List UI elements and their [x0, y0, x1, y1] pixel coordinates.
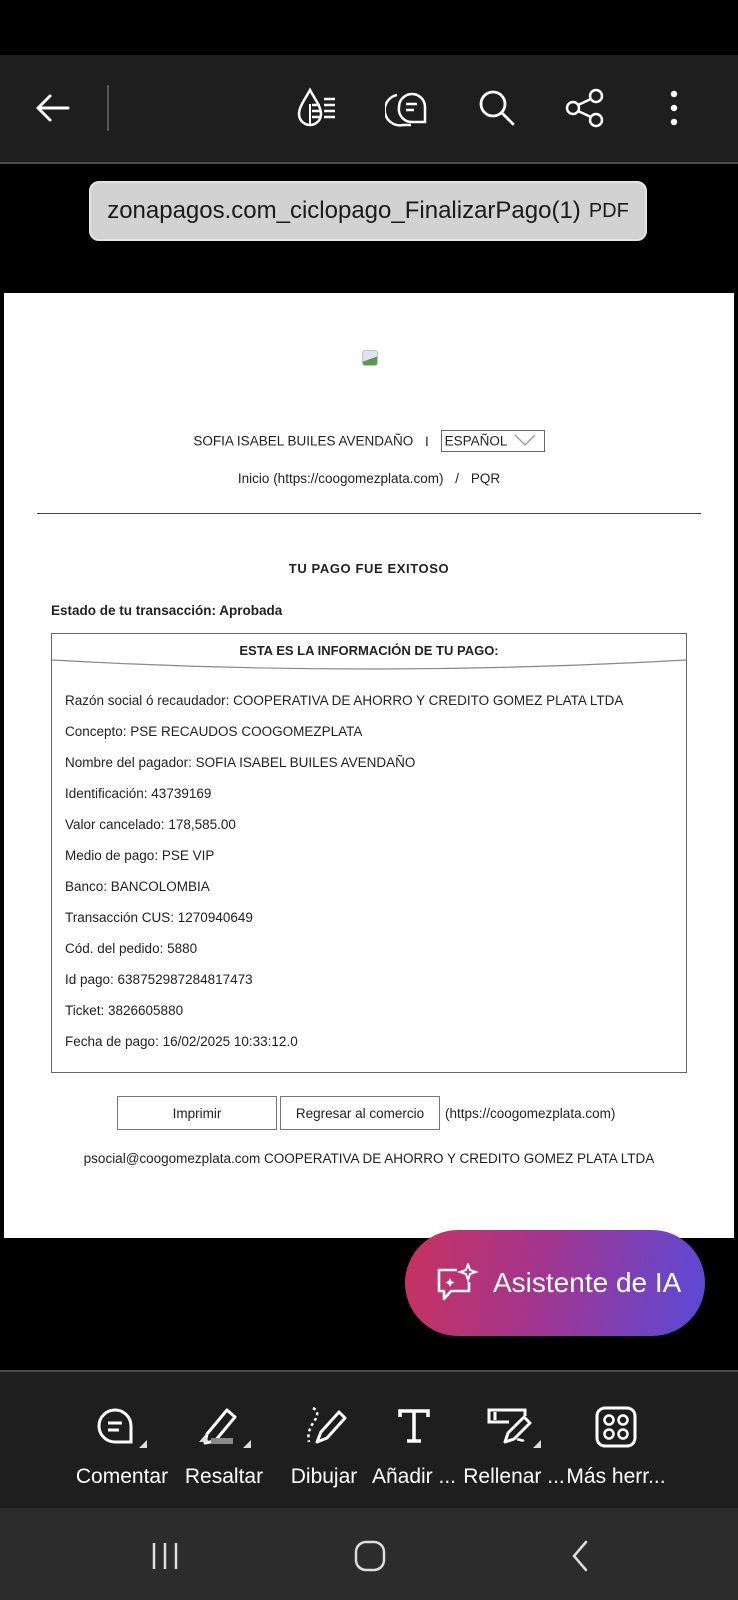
action-buttons: Imprimir Regresar al comercio (https://c… [117, 1096, 615, 1130]
add-text-icon [364, 1402, 464, 1452]
back-arrow-icon[interactable] [30, 85, 76, 131]
header-separator: I [425, 434, 429, 449]
more-tools-icon [566, 1402, 666, 1452]
fill-sign-icon [464, 1402, 564, 1452]
nav-pqr-link[interactable]: PQR [471, 471, 500, 486]
payment-info-list: Razón social ó recaudador: COOPERATIVA D… [65, 693, 623, 1065]
liquid-mode-icon[interactable] [294, 85, 340, 131]
info-row-banco: Banco: BANCOLOMBIA [65, 879, 623, 910]
nav-separator: / [455, 471, 459, 486]
toolbar-divider [107, 85, 109, 131]
info-row-fecha-pago: Fecha de pago: 16/02/2025 10:33:12.0 [65, 1034, 623, 1065]
bottom-toolbar: Comentar Resaltar Dibujar Añadir ... Rel… [0, 1370, 738, 1510]
share-icon[interactable] [562, 85, 608, 131]
info-row-id-pago: Id pago: 638752987284817473 [65, 972, 623, 1003]
ai-assistant-button[interactable]: Asistente de IA [405, 1230, 705, 1336]
info-row-transaccion-cus: Transacción CUS: 1270940649 [65, 910, 623, 941]
highlight-icon [174, 1402, 274, 1452]
payment-info-header: ESTA ES LA INFORMACIÓN DE TU PAGO: [52, 634, 686, 672]
payment-info-title: ESTA ES LA INFORMACIÓN DE TU PAGO: [52, 643, 686, 658]
ai-assistant-label: Asistente de IA [493, 1267, 681, 1299]
info-row-cod-pedido: Cód. del pedido: 5880 [65, 941, 623, 972]
broken-image-icon [362, 350, 378, 366]
breadcrumb: Inicio (https://coogomezplata.com) / PQR [4, 471, 734, 486]
language-selected: ESPAÑOL [445, 433, 508, 448]
info-row-identificacion: Identificación: 43739169 [65, 786, 623, 817]
search-icon[interactable] [474, 85, 520, 131]
recent-apps-icon[interactable] [145, 1536, 185, 1576]
payment-info-box: ESTA ES LA INFORMACIÓN DE TU PAGO: Razón… [51, 633, 687, 1073]
page-title: TU PAGO FUE EXITOSO [4, 561, 734, 576]
top-app-bar [0, 55, 738, 164]
info-row-ticket: Ticket: 3826605880 [65, 1003, 623, 1034]
return-to-merchant-button[interactable]: Regresar al comercio [280, 1096, 440, 1130]
info-row-medio-pago: Medio de pago: PSE VIP [65, 848, 623, 879]
file-name: zonapagos.com_ciclopago_FinalizarPago(1) [107, 197, 581, 225]
chevron-down-icon [514, 433, 536, 453]
language-select[interactable]: ESPAÑOL [441, 430, 545, 452]
back-icon[interactable] [560, 1536, 600, 1576]
comments-list-icon[interactable] [384, 85, 430, 131]
header-divider [37, 513, 701, 514]
tool-more-tools[interactable]: Más herr... [566, 1372, 666, 1510]
more-options-icon[interactable] [651, 85, 697, 131]
comment-icon [72, 1402, 172, 1452]
footer-contact: psocial@coogomezplata.com COOPERATIVA DE… [4, 1151, 734, 1166]
merchant-url: (https://coogomezplata.com) [445, 1106, 615, 1121]
tool-add-text[interactable]: Añadir ... [364, 1372, 464, 1510]
user-header: SOFIA ISABEL BUILES AVENDAÑO I ESPAÑOL [4, 430, 734, 452]
ai-sparkle-chat-icon [435, 1263, 479, 1303]
tool-fill-sign[interactable]: Rellenar ... [464, 1372, 564, 1510]
tool-comment[interactable]: Comentar [72, 1372, 172, 1510]
tool-highlight[interactable]: Resaltar [174, 1372, 274, 1510]
file-type: PDF [589, 200, 629, 223]
user-name: SOFIA ISABEL BUILES AVENDAÑO [193, 434, 413, 449]
file-name-label: zonapagos.com_ciclopago_FinalizarPago(1)… [89, 181, 647, 241]
nav-home-link[interactable]: Inicio (https://coogomezplata.com) [238, 471, 444, 486]
tool-draw[interactable]: Dibujar [274, 1372, 374, 1510]
print-button[interactable]: Imprimir [117, 1096, 277, 1130]
draw-icon [274, 1402, 374, 1452]
info-row-concepto: Concepto: PSE RECAUDOS COOGOMEZPLATA [65, 724, 623, 755]
info-row-razon-social: Razón social ó recaudador: COOPERATIVA D… [65, 693, 623, 724]
system-nav-bar [0, 1508, 738, 1600]
pdf-page: SOFIA ISABEL BUILES AVENDAÑO I ESPAÑOL I… [4, 293, 734, 1238]
tool-more-tools-label: Más herr... [556, 1465, 676, 1489]
info-row-valor-cancelado: Valor cancelado: 178,585.00 [65, 817, 623, 848]
home-icon[interactable] [350, 1536, 390, 1576]
info-row-nombre-pagador: Nombre del pagador: SOFIA ISABEL BUILES … [65, 755, 623, 786]
transaction-status: Estado de tu transacción: Aprobada [51, 603, 282, 618]
